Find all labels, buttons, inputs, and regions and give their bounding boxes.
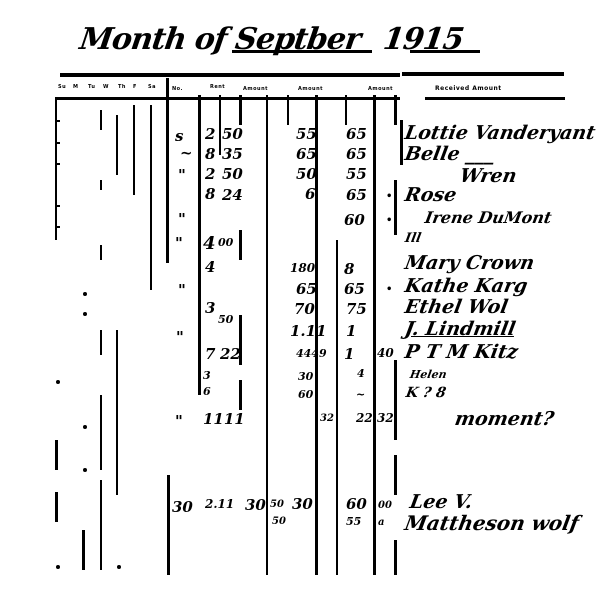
total-flag-2: a xyxy=(378,518,384,528)
row-1-col2: 35 xyxy=(222,147,243,162)
row-7-name: Kathe Karg xyxy=(403,277,529,296)
row-10-col1: 7 xyxy=(205,347,215,362)
header-no: No. xyxy=(172,86,183,92)
row-7-col3: 65 xyxy=(296,282,317,297)
row-7-mark: " xyxy=(178,283,186,298)
rule-date-1f xyxy=(100,480,102,570)
rule-received-b xyxy=(394,180,397,235)
row-6-col1: 4 xyxy=(205,260,215,275)
row-13-flag: 32 xyxy=(377,412,394,424)
header-amount-1: Amount xyxy=(243,86,268,92)
row-2-col3: 50 xyxy=(296,167,317,182)
margin-dot xyxy=(56,565,60,569)
header-date-su: Su xyxy=(58,84,66,90)
row-8-name: Ethel Wol xyxy=(403,298,509,317)
rule-date-2 xyxy=(116,115,118,175)
row-2-col1: 2 xyxy=(205,167,215,182)
row-5-col2: 00 xyxy=(218,237,233,248)
row-1-mark: ~ xyxy=(180,146,193,161)
row-4-name: Irene DuMont xyxy=(424,210,553,226)
row-9-name: J. Lindmill xyxy=(403,320,517,339)
rule-rent-left xyxy=(167,475,170,575)
row-3-col4: 65 xyxy=(346,188,367,203)
title-underline-right xyxy=(410,50,480,53)
margin-dot xyxy=(56,380,60,384)
ledger-page: Month of Septber 1915 Su M Tu W Th F Sa … xyxy=(0,0,600,600)
margin-tick xyxy=(55,205,60,207)
row-9-col3: 1.11 xyxy=(290,324,327,339)
margin-cross xyxy=(82,530,85,570)
row-10-col4: 1 xyxy=(344,347,354,362)
margin-tick xyxy=(55,226,60,228)
header-date-f: F xyxy=(133,84,137,90)
row-12-col1: 6 xyxy=(203,386,211,397)
header-date-th: Th xyxy=(118,84,126,90)
row-0-col2: 50 xyxy=(222,127,243,142)
row-7-flag: • xyxy=(386,285,392,295)
row-1-name: Belle ___ xyxy=(403,145,496,164)
header-date-sa: Sa xyxy=(148,84,156,90)
row-6-name: Mary Crown xyxy=(403,254,535,273)
rule-date-2b xyxy=(116,330,118,495)
subtotal-1: 50 xyxy=(272,517,286,527)
rule-date-3 xyxy=(133,105,135,195)
rule-date-4 xyxy=(150,105,152,290)
rule-rent-right xyxy=(239,95,242,125)
row-5-name: Ill xyxy=(404,232,422,245)
total-1: 30 xyxy=(172,500,193,515)
rule-rent-right-b xyxy=(239,230,242,260)
row-13-col4: 22 xyxy=(356,412,373,424)
margin-dot xyxy=(117,565,121,569)
margin-tick xyxy=(55,120,60,122)
signature-line-2: Mattheson wolf xyxy=(403,513,580,533)
row-13-col1: 1111 xyxy=(203,412,245,427)
signature-line-1: Lee V. xyxy=(408,493,474,512)
row-12-name: K ? 8 xyxy=(405,386,447,400)
row-4-mark: " xyxy=(178,212,186,227)
row-8-col3: 70 xyxy=(294,302,315,317)
row-8-col1: 3 xyxy=(205,301,215,316)
rule-date-1d xyxy=(100,330,102,355)
header-amount-3: Amount xyxy=(368,86,393,92)
row-2-name: Wren xyxy=(458,167,518,186)
row-3-flag: • xyxy=(386,192,392,202)
margin-dot xyxy=(83,312,87,316)
rule-rent-right-d xyxy=(239,380,242,410)
row-8-col4: 75 xyxy=(346,302,367,317)
row-0-col4: 65 xyxy=(346,127,367,142)
header-received-amount: Received Amount xyxy=(435,85,502,92)
header-rent: Rent xyxy=(210,84,225,90)
rule-amount-4 xyxy=(373,95,376,575)
row-0-mark: s xyxy=(175,129,183,144)
row-12-col4: ~ xyxy=(356,389,365,400)
header-top-rule-right xyxy=(402,72,564,76)
rule-received-e xyxy=(394,540,397,575)
row-3-col1: 8 xyxy=(205,187,215,202)
row-0-col1: 2 xyxy=(205,127,215,142)
row-1-col3: 65 xyxy=(296,147,317,162)
row-7-col4: 65 xyxy=(344,282,365,297)
margin-tick xyxy=(55,142,60,144)
margin-dot xyxy=(83,425,87,429)
row-0-name: Lottie Vanderyant xyxy=(403,124,596,143)
row-12-col3: 60 xyxy=(298,389,313,400)
row-8-col2: 50 xyxy=(218,314,233,325)
total-4: 50 xyxy=(270,500,284,510)
header-top-rule-left xyxy=(60,73,400,77)
row-0-col3: 55 xyxy=(296,127,317,142)
row-11-col3: 30 xyxy=(298,371,313,382)
row-10-flag: 40 xyxy=(377,347,394,359)
row-13-name: moment? xyxy=(453,410,555,429)
rule-date-1b xyxy=(100,180,102,190)
title-prefix: Month of xyxy=(78,22,229,57)
rule-date-1c xyxy=(100,245,102,260)
row-3-col3: 6 xyxy=(305,187,315,202)
row-13-mark: " xyxy=(175,414,183,429)
rule-received xyxy=(394,95,397,125)
margin-dot xyxy=(83,468,87,472)
total-6: 60 xyxy=(346,497,367,512)
row-11-name: Helen xyxy=(409,369,448,380)
header-date-w: W xyxy=(103,84,109,90)
total-flag-1: 00 xyxy=(378,501,392,511)
rule-rent-cents xyxy=(219,95,221,155)
header-date-m: M xyxy=(73,84,78,90)
header-bottom-rule-left xyxy=(55,97,400,100)
row-3-col2: 24 xyxy=(222,188,243,203)
margin-tick xyxy=(55,163,60,165)
rule-date-1 xyxy=(100,110,102,130)
header-amount-2: Amount xyxy=(298,86,323,92)
row-10-col3: 4449 xyxy=(296,348,327,359)
header-date-tu: Tu xyxy=(88,84,95,90)
row-6-col3: 180 xyxy=(290,262,315,274)
row-2-mark: " xyxy=(178,168,186,183)
title-underline-left xyxy=(232,50,372,53)
row-11-col1: 3 xyxy=(203,370,211,381)
margin-dot xyxy=(83,292,87,296)
row-3-name: Rose xyxy=(403,186,458,205)
rule-amount-1b xyxy=(287,95,289,125)
row-5-col1: 4 xyxy=(203,235,216,253)
rule-no-column xyxy=(166,78,169,263)
total-5: 30 xyxy=(292,497,313,512)
rule-date-1e xyxy=(100,395,102,470)
row-4-col4: 60 xyxy=(344,213,365,228)
row-6-col4: 8 xyxy=(344,262,354,277)
row-4-flag: • xyxy=(386,216,392,226)
row-1-col1: 8 xyxy=(205,147,215,162)
rule-amount-1 xyxy=(266,95,268,575)
row-9-mark: " xyxy=(176,330,184,345)
row-11-col4: 4 xyxy=(357,368,365,379)
total-2: 2.11 xyxy=(205,498,234,510)
margin-bracket xyxy=(55,492,58,522)
row-1-col4: 65 xyxy=(346,147,367,162)
row-10-name: P T M Kitz xyxy=(403,343,519,362)
total-3: 30 xyxy=(245,498,266,513)
header-bottom-rule-right xyxy=(425,97,565,100)
subtotal-2: 55 xyxy=(346,516,361,527)
rule-amount-3b xyxy=(336,240,338,575)
row-10-col2: 22 xyxy=(220,347,241,362)
rule-received-c xyxy=(394,360,397,440)
row-2-col2: 50 xyxy=(222,167,243,182)
row-9-col4: 1 xyxy=(346,324,356,339)
row-2-col4: 55 xyxy=(346,167,367,182)
margin-bracket xyxy=(55,440,58,470)
rule-amount-3 xyxy=(345,95,347,125)
row-5-mark: " xyxy=(175,236,183,251)
rule-rent xyxy=(198,95,201,395)
row-13-col3: 32 xyxy=(320,414,334,424)
rule-received-d xyxy=(394,455,397,495)
